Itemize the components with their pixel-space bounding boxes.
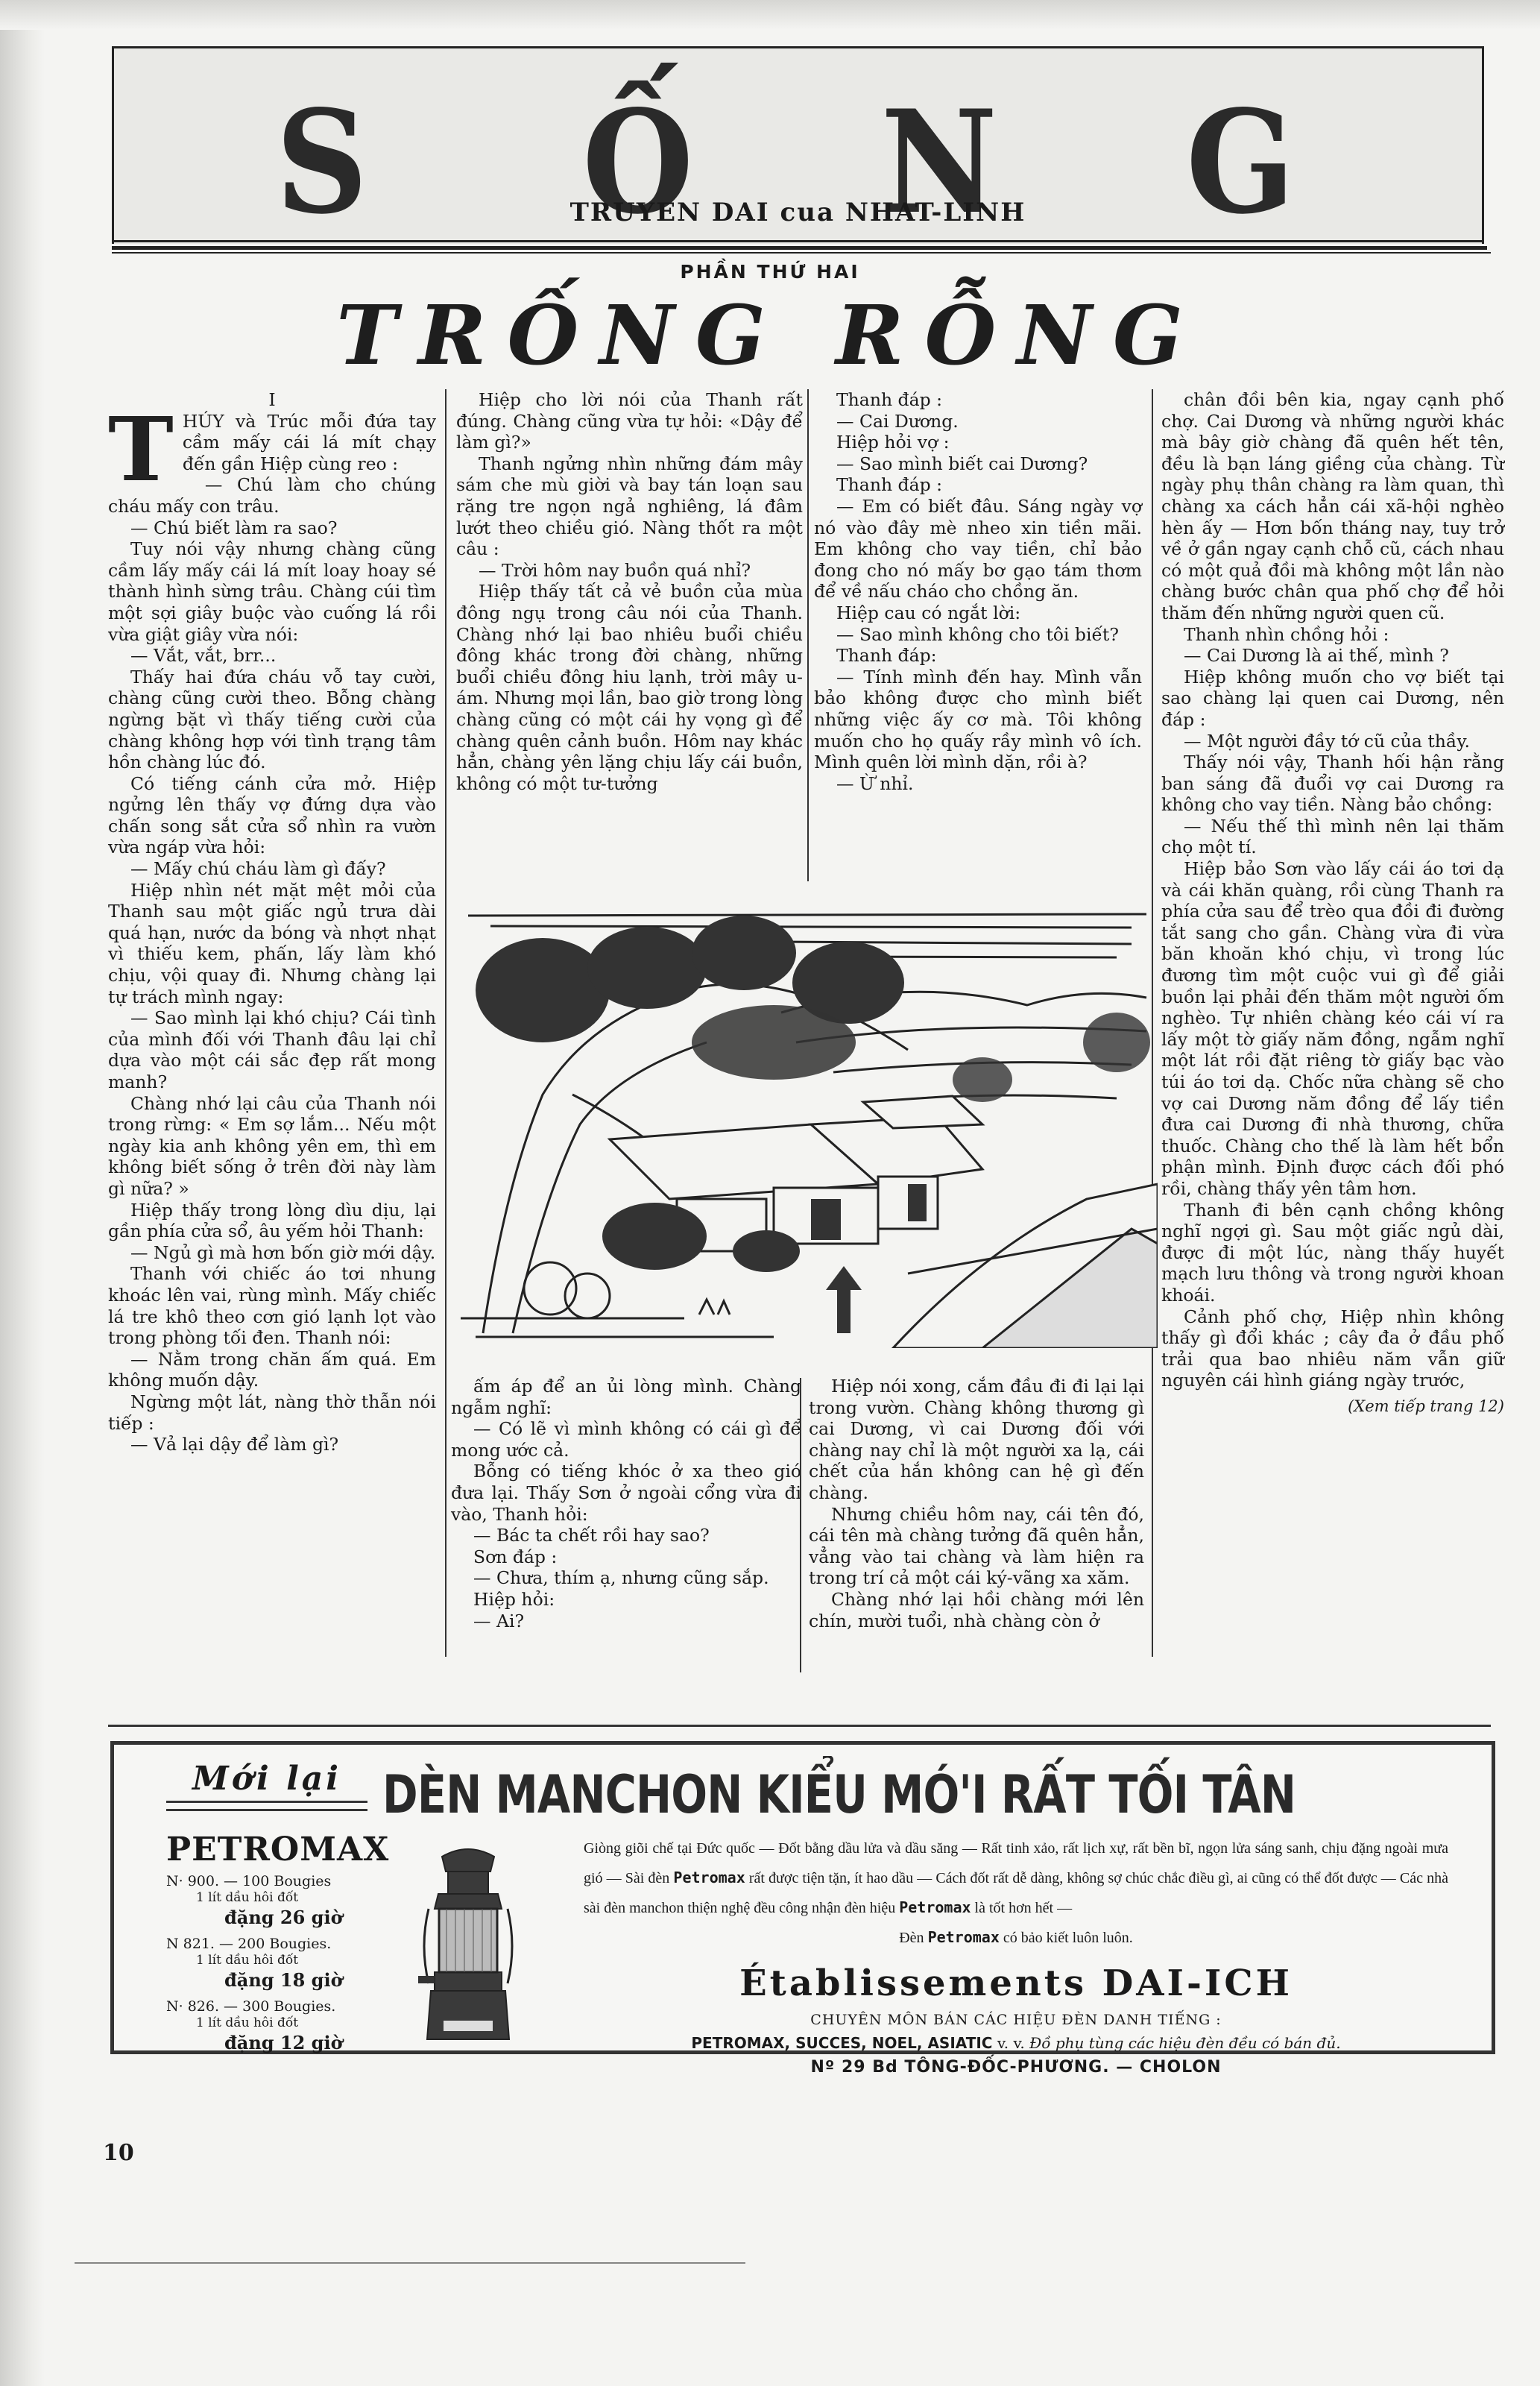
- masthead-subtitle: TRUYEN DAI cua NHAT-LINH: [114, 198, 1482, 227]
- ad-model: N· 826. — 300 Bougies. 1 lít dầu hôi đốt…: [166, 1998, 367, 2055]
- paragraph: Hiệp cho lời nói của Thanh rất đúng. Chà…: [456, 389, 803, 453]
- article-column-2-bottom: ấm áp để an ủi lòng mình. Chàng ngẫm ngh…: [451, 1376, 801, 1631]
- article-column-3-bottom: Hiệp nói xong, cắm đầu đi đi lại lại tro…: [809, 1376, 1144, 1631]
- model-fuel: 1 lít dầu hôi đốt: [166, 1889, 367, 1906]
- ad-left-panel: Mới lại PETROMAX N· 900. — 100 Bougies 1…: [166, 1760, 367, 2061]
- paragraph: Hiệp không muốn cho vợ biết tại sao chàn…: [1161, 667, 1504, 731]
- paragraph: — Sao mình không cho tôi biết?: [814, 624, 1142, 646]
- ad-separator-rule: [108, 1725, 1491, 1727]
- paragraph: — Trời hôm nay buồn quá nhỉ?: [456, 560, 803, 582]
- column-divider: [800, 1378, 801, 1672]
- paragraph-text: HÚY và Trúc mỗi đứa tay cầm mấy cái lá m…: [183, 411, 436, 474]
- page-number: 10: [103, 2140, 134, 2166]
- ad-brand-mention: Petromax: [928, 1928, 1000, 1946]
- part-label: PHẦN THỨ HAI: [0, 261, 1540, 283]
- paragraph: — Vả lại dậy để làm gì?: [108, 1434, 436, 1455]
- paragraph: — Sao mình lại khó chịu? Cái tình của mì…: [108, 1007, 436, 1092]
- paragraph: Có tiếng cánh cửa mở. Hiệp ngửng lên thấ…: [108, 773, 436, 858]
- ad-brand-mention: Petromax: [899, 1898, 971, 1916]
- ad-model: N 821. — 200 Bougies. 1 lít dầu hôi đốt …: [166, 1936, 367, 1992]
- model-fuel: 1 lít dầu hôi đốt: [166, 2015, 367, 2031]
- ad-intro-underline: [166, 1801, 367, 1811]
- ad-body-segment: là tốt hơn hết —: [971, 1900, 1073, 1916]
- paragraph: Hiệp cau có ngắt lời:: [814, 602, 1142, 624]
- paragraph: Thanh đáp :: [814, 474, 1142, 496]
- paragraph: Thấy hai đứa cháu vỗ tay cười, chàng cũn…: [108, 667, 436, 773]
- paragraph: Tuy nói vậy nhưng chàng cũng cầm lấy mấy…: [108, 538, 436, 645]
- continued-link[interactable]: (Xem tiếp trang 12): [1161, 1396, 1504, 1417]
- paragraph: Thanh với chiếc áo tơi nhung khoác lên v…: [108, 1263, 436, 1348]
- ad-specialty: CHUYÊN MÔN BÁN CÁC HIỆU ĐÈN DANH TIẾNG :: [584, 2012, 1448, 2028]
- paragraph: Thanh đáp:: [814, 645, 1142, 667]
- paragraph: Cảnh phố chợ, Hiệp nhìn không thấy gì đổ…: [1161, 1306, 1504, 1391]
- article-column-1: I THÚY và Trúc mỗi đứa tay cầm mấy cái l…: [108, 389, 436, 1455]
- article-column-2-top: Hiệp cho lời nói của Thanh rất đúng. Chà…: [456, 389, 803, 794]
- paragraph: ấm áp để an ủi lòng mình. Chàng ngẫm ngh…: [451, 1376, 801, 1418]
- model-number: N· 826. — 300 Bougies.: [166, 1998, 367, 2015]
- ad-company-name: Établissements DAI-ICH: [584, 1962, 1448, 2004]
- ad-address: Nº 29 Bd TÔNG-ĐỐC-PHƯƠNG. — CHOLON: [584, 2058, 1448, 2077]
- paragraph: Nhưng chiều hôm nay, cái tên đó, cái tên…: [809, 1504, 1144, 1589]
- paragraph: — Nếu thế thì mình nên lại thăm chọ một …: [1161, 816, 1504, 858]
- ad-body-segment: có bảo kiết luôn luôn.: [1000, 1930, 1133, 1946]
- model-number: N· 900. — 100 Bougies: [166, 1873, 367, 1889]
- paragraph: Thanh đáp :: [814, 389, 1142, 411]
- paragraph: Ngừng một lát, nàng thờ thẫn nói tiếp :: [108, 1391, 436, 1434]
- paragraph: Hiệp nhìn nét mặt mệt mỏi của Thanh sau …: [108, 880, 436, 1008]
- paragraph: — Sao mình biết cai Dương?: [814, 453, 1142, 475]
- model-duration: đặng 18 giờ: [166, 1968, 367, 1992]
- paragraph: Chàng nhớ lại câu của Thanh nói trong rừ…: [108, 1093, 436, 1200]
- paragraph: Sơn đáp :: [451, 1546, 801, 1568]
- ad-model: N· 900. — 100 Bougies 1 lít dầu hôi đốt …: [166, 1873, 367, 1930]
- paragraph: chân đồi bên kia, ngay cạnh phố chợ. Cai…: [1161, 389, 1504, 624]
- masthead-rule: [112, 246, 1487, 250]
- drop-cap: T: [108, 415, 174, 484]
- paragraph: Thấy nói vậy, Thanh hối hận rằng ban sán…: [1161, 752, 1504, 816]
- ad-brand-mention: Petromax: [673, 1869, 745, 1886]
- paragraph: Hiệp thấy trong lòng dìu dịu, lại gần ph…: [108, 1200, 436, 1242]
- ad-parts-note: Đồ phụ tùng các hiệu đèn đều có bán đủ.: [1029, 2034, 1340, 2052]
- paragraph: Hiệp thấy tất cả vẻ buồn của mùa đông ng…: [456, 581, 803, 794]
- ad-brands-etc: v. v.: [992, 2034, 1029, 2052]
- column-divider: [807, 389, 809, 881]
- paragraph: Hiệp bảo Sơn vào lấy cái áo tơi dạ và cá…: [1161, 858, 1504, 1200]
- paragraph: — Mấy chú cháu làm gì đấy?: [108, 858, 436, 880]
- paragraph: — Có lẽ vì mình không có cái gì để mong …: [451, 1418, 801, 1461]
- ad-brand-list: PETROMAX, SUCCES, NOEL, ASIATIC v. v. Đồ…: [584, 2034, 1448, 2052]
- paragraph: — Ngủ gì mà hơn bốn giờ mới dậy.: [108, 1242, 436, 1264]
- masthead: S Ố N G TRUYEN DAI cua NHAT-LINH: [112, 46, 1484, 244]
- model-number: N 821. — 200 Bougies.: [166, 1936, 367, 1952]
- paragraph: Hiệp hỏi vợ :: [814, 432, 1142, 453]
- opening-paragraph: THÚY và Trúc mỗi đứa tay cầm mấy cái lá …: [108, 411, 436, 475]
- paragraph: — Ai?: [451, 1611, 801, 1632]
- petromax-advertisement: Mới lại PETROMAX N· 900. — 100 Bougies 1…: [110, 1741, 1495, 2054]
- paragraph: — Em có biết đâu. Sáng ngày vợ nó vào đâ…: [814, 496, 1142, 602]
- paragraph: — Vắt, vắt, brr...: [108, 645, 436, 667]
- woodcut-village-scene-icon: [461, 901, 1158, 1348]
- paragraph: — Cai Dương là ai thế, mình ?: [1161, 645, 1504, 667]
- paragraph: — Ừ nhỉ.: [814, 773, 1142, 795]
- paragraph: — Cai Dương.: [814, 411, 1142, 432]
- paragraph: Thanh ngửng nhìn những đám mây sám che m…: [456, 453, 803, 560]
- paragraph: — Chưa, thím ạ, nhưng cũng sắp.: [451, 1567, 801, 1589]
- paragraph: — Chú biết làm ra sao?: [108, 517, 436, 539]
- ad-body-text: Giòng giõi chế tại Đức quốc — Đốt bằng d…: [584, 1834, 1448, 1953]
- ad-body-segment: Đèn: [899, 1930, 927, 1946]
- bottom-rule: [75, 2262, 745, 2264]
- paragraph: — Tính mình đến hay. Mình vẫn bảo không …: [814, 667, 1142, 773]
- ad-body-closing: Đèn Petromax có bảo kiết luôn luôn.: [584, 1923, 1448, 1953]
- masthead-rule: [112, 240, 1483, 242]
- paragraph: Hiệp nói xong, cắm đầu đi đi lại lại tro…: [809, 1376, 1144, 1504]
- petromax-lantern-icon: [412, 1842, 524, 2043]
- model-duration: đặng 12 giờ: [166, 2031, 367, 2055]
- ad-intro: Mới lại: [166, 1760, 367, 1798]
- ad-brand: PETROMAX: [166, 1831, 367, 1869]
- paragraph: — Một người đầy tớ cũ của thầy.: [1161, 731, 1504, 752]
- ad-headline: DÈN MANCHON KIỂU MÓ'I RẤT TỐI TÂN: [382, 1764, 1287, 1825]
- paragraph: Bỗng có tiếng khóc ở xa theo gió đưa lại…: [451, 1461, 801, 1525]
- paragraph: Thanh đi bên cạnh chồng không nghĩ ngợi …: [1161, 1200, 1504, 1306]
- masthead-rule: [112, 252, 1491, 254]
- column-divider: [445, 389, 446, 1657]
- paragraph: — Nằm trong chăn ấm quá. Em không muốn d…: [108, 1349, 436, 1391]
- article-column-3-top: Thanh đáp :— Cai Dương.Hiệp hỏi vợ :— Sa…: [814, 389, 1142, 794]
- model-duration: đặng 26 giờ: [166, 1906, 367, 1930]
- ad-brands: PETROMAX, SUCCES, NOEL, ASIATIC: [691, 2034, 992, 2052]
- article-column-4: chân đồi bên kia, ngay cạnh phố chợ. Cai…: [1161, 389, 1504, 1417]
- chapter-title: TRỐNG RỖNG: [0, 287, 1540, 383]
- paragraph: — Bác ta chết rồi hay sao?: [451, 1525, 801, 1546]
- paragraph: Chàng nhớ lại hồi chàng mới lên chín, mư…: [809, 1589, 1144, 1631]
- paragraph: Thanh nhìn chồng hỏi :: [1161, 624, 1504, 646]
- model-fuel: 1 lít dầu hôi đốt: [166, 1952, 367, 1968]
- paragraph: Hiệp hỏi:: [451, 1589, 801, 1611]
- scan-page-edge-top: [0, 0, 1540, 30]
